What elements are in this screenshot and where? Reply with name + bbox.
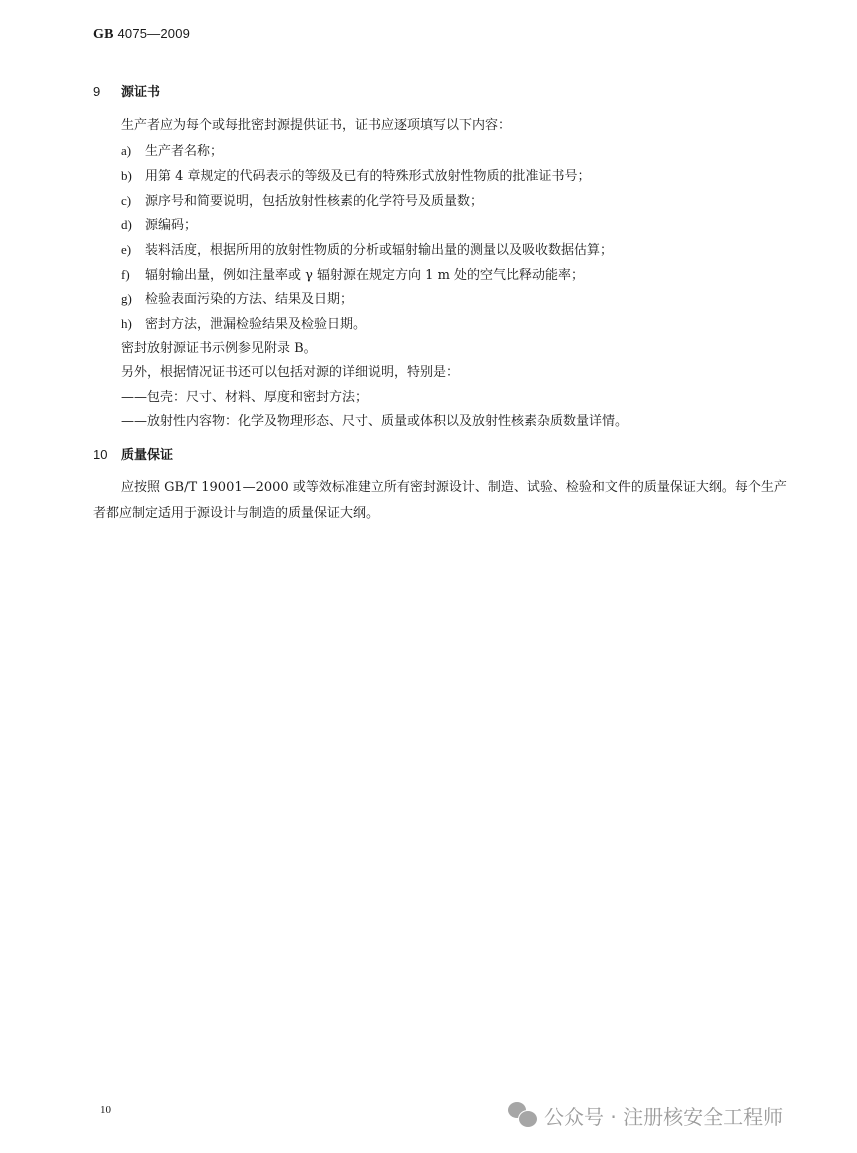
section-10-paragraph: 应按照 GB/T 19001—2000 或等效标准建立所有密封源设计、制造、试验… <box>93 475 793 527</box>
section-9-heading: 9源证书 <box>93 81 160 100</box>
standard-prefix: GB <box>93 27 114 42</box>
section-9-intro: 生产者应为每个或每批密封源提供证书，证书应逐项填写以下内容： <box>121 118 511 134</box>
list-item: e)装料活度，根据所用的放射性物质的分析或辐射输出量的测量以及吸收数据估算； <box>121 242 613 259</box>
list-item: b)用第 4 章规定的代码表示的等级及已有的特殊形式放射性物质的批准证书号； <box>121 168 591 185</box>
dash-item: ——放射性内容物：化学及物理形态、尺寸、质量或体积以及放射性核素杂质数量详情。 <box>121 414 628 430</box>
standard-number: 4075—2009 <box>117 26 190 41</box>
wechat-icon <box>508 1102 538 1130</box>
list-item: h)密封方法，泄漏检验结果及检验日期。 <box>121 316 366 333</box>
list-item: g)检验表面污染的方法、结果及日期； <box>121 291 353 308</box>
section-title: 质量保证 <box>121 448 173 463</box>
list-item: f)辐射输出量，例如注量率或 γ 辐射源在规定方向 1 m 处的空气比释动能率； <box>121 267 584 284</box>
additional-intro: 另外，根据情况证书还可以包括对源的详细说明，特别是： <box>121 365 459 381</box>
list-item: c)源序号和简要说明，包括放射性核素的化学符号及质量数； <box>121 193 483 210</box>
section-10-heading: 10质量保证 <box>93 444 173 463</box>
section-number: 9 <box>93 84 121 99</box>
section-title: 源证书 <box>121 85 160 100</box>
page-number: 10 <box>100 1104 111 1116</box>
list-item: a)生产者名称； <box>121 143 223 160</box>
annex-reference: 密封放射源证书示例参见附录 B。 <box>121 341 317 357</box>
list-item: d)源编码； <box>121 217 197 234</box>
watermark-text: 公众号 · 注册核安全工程师 <box>544 1101 783 1130</box>
dash-item: ——包壳：尺寸、材料、厚度和密封方法； <box>121 390 368 406</box>
document-header: GB 4075—2009 <box>93 26 190 43</box>
section-number: 10 <box>93 447 121 462</box>
watermark: 公众号 · 注册核安全工程师 <box>508 1101 783 1130</box>
